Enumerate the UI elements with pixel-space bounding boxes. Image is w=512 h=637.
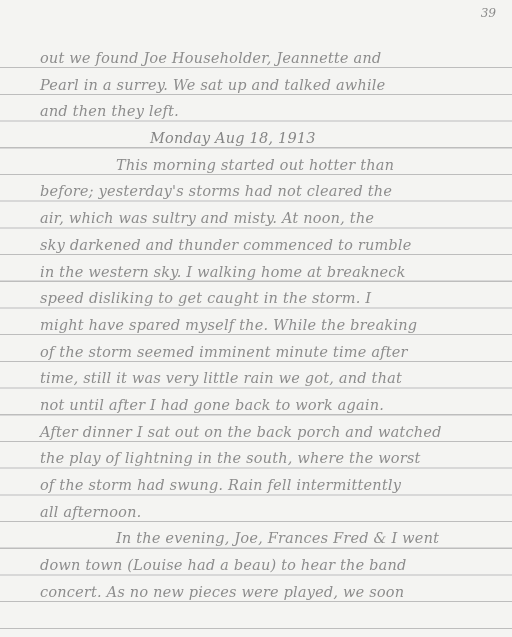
diary-page: 39 out we found Joe Householder, Jeannet… — [0, 0, 512, 637]
text-line: air, which was sultry and misty. At noon… — [0, 206, 512, 233]
text-line: of the storm seemed imminent minute time… — [0, 340, 512, 367]
entry-date-heading: Monday Aug 18, 1913 — [0, 126, 512, 153]
text-line: In the evening, Joe, Frances Fred & I we… — [0, 526, 512, 553]
text-line: concert. As no new pieces were played, w… — [0, 580, 512, 607]
text-line: might have spared myself the. While the … — [0, 313, 512, 340]
text-line: out we found Joe Householder, Jeannette … — [0, 46, 512, 73]
text-line: speed disliking to get caught in the sto… — [0, 286, 512, 313]
text-line: down town (Louise had a beau) to hear th… — [0, 553, 512, 580]
text-line: before; yesterday's storms had not clear… — [0, 179, 512, 206]
handwritten-text-block: out we found Joe Householder, Jeannette … — [0, 46, 512, 606]
text-line: sky darkened and thunder commenced to ru… — [0, 233, 512, 260]
page-number: 39 — [481, 6, 496, 20]
text-line: all afternoon. — [0, 500, 512, 527]
text-line: After dinner I sat out on the back porch… — [0, 420, 512, 447]
text-line: in the western sky. I walking home at br… — [0, 260, 512, 287]
text-line: Pearl in a surrey. We sat up and talked … — [0, 73, 512, 100]
text-line: not until after I had gone back to work … — [0, 393, 512, 420]
text-line: the play of lightning in the south, wher… — [0, 446, 512, 473]
text-line: and then they left. — [0, 99, 512, 126]
text-line: of the storm had swung. Rain fell interm… — [0, 473, 512, 500]
text-line: This morning started out hotter than — [0, 153, 512, 180]
text-line: time, still it was very little rain we g… — [0, 366, 512, 393]
